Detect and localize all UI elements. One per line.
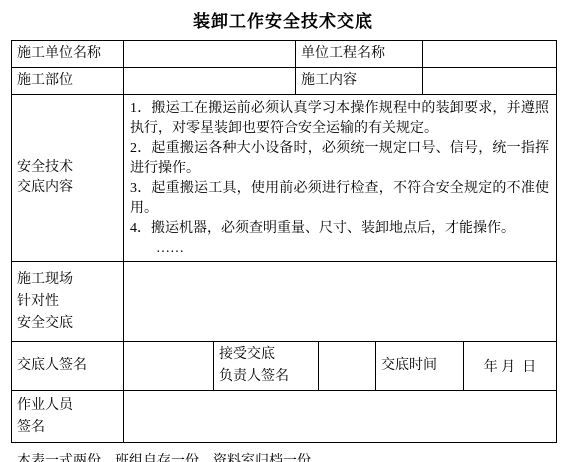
worker-signature-label-line2: 签名	[17, 417, 118, 439]
site-specific-label: 施工现场 针对性 安全交底	[12, 262, 124, 342]
discloser-signature-label: 交底人签名	[12, 342, 124, 391]
worker-signature-label: 作业人员 签名	[12, 391, 124, 443]
document-page: 装卸工作安全技术交底 施工单位名称 单位工程名称 施工部位 施工内容	[0, 0, 566, 462]
safety-disclosure-content: 1．搬运工在搬运前必须认真学习本操作规程中的装卸要求，并遵照执行，对零星装卸也要…	[124, 95, 557, 262]
discloser-signature-value[interactable]	[124, 342, 214, 391]
page-title: 装卸工作安全技术交底	[0, 7, 566, 32]
footer-note: 本表一式两份，班组自存一份，资料室归档一份。	[17, 450, 566, 462]
table-row: 作业人员 签名	[12, 391, 557, 443]
table-row: 交底人签名 接受交底 负责人签名 交底时间 年 月 日	[12, 342, 557, 391]
safety-item: 2．起重搬运各种大小设备时，必须统一规定口号、信号，统一指挥进行操作。	[130, 139, 549, 179]
worker-signature-value[interactable]	[124, 391, 557, 443]
receiver-signature-label: 接受交底 负责人签名	[214, 342, 319, 391]
disclosure-time-label: 交底时间	[376, 342, 464, 391]
site-specific-label-line3: 安全交底	[17, 313, 118, 335]
safety-item: 3．起重搬运工具，使用前必须进行检查，不符合安全规定的不准使用。	[130, 179, 549, 219]
construction-unit-label: 施工单位名称	[12, 41, 124, 68]
construction-content-value[interactable]	[423, 68, 557, 95]
safety-disclosure-label-line1: 安全技术	[17, 158, 118, 178]
construction-part-label: 施工部位	[12, 68, 124, 95]
table-row: 施工单位名称 单位工程名称	[12, 41, 557, 68]
site-specific-value[interactable]	[124, 262, 557, 342]
construction-unit-value[interactable]	[124, 41, 296, 68]
safety-disclosure-label-line2: 交底内容	[17, 178, 118, 198]
safety-item: 1．搬运工在搬运前必须认真学习本操作规程中的装卸要求，并遵照执行，对零星装卸也要…	[130, 99, 549, 139]
safety-disclosure-label: 安全技术 交底内容	[12, 95, 124, 262]
table-row: 施工现场 针对性 安全交底	[12, 262, 557, 342]
construction-part-value[interactable]	[124, 68, 296, 95]
safety-item: 4．搬运机器，必须查明重量、尺寸、装卸地点后，才能操作。	[130, 219, 549, 239]
receiver-signature-label-line1: 接受交底	[219, 344, 313, 366]
construction-content-label: 施工内容	[296, 68, 423, 95]
receiver-signature-value[interactable]	[319, 342, 376, 391]
site-specific-label-line1: 施工现场	[17, 269, 118, 291]
unit-project-value[interactable]	[423, 41, 557, 68]
safety-items-ellipsis: ……	[130, 239, 549, 259]
worker-signature-label-line1: 作业人员	[17, 395, 118, 417]
disclosure-date-value[interactable]: 年 月 日	[464, 342, 557, 391]
site-specific-label-line2: 针对性	[17, 291, 118, 313]
receiver-signature-label-line2: 负责人签名	[219, 366, 313, 388]
unit-project-label: 单位工程名称	[296, 41, 423, 68]
table-row: 安全技术 交底内容 1．搬运工在搬运前必须认真学习本操作规程中的装卸要求，并遵照…	[12, 95, 557, 262]
safety-disclosure-form-table: 施工单位名称 单位工程名称 施工部位 施工内容 安全技术 交底内容 1．搬运工在…	[11, 40, 557, 443]
table-row: 施工部位 施工内容	[12, 68, 557, 95]
